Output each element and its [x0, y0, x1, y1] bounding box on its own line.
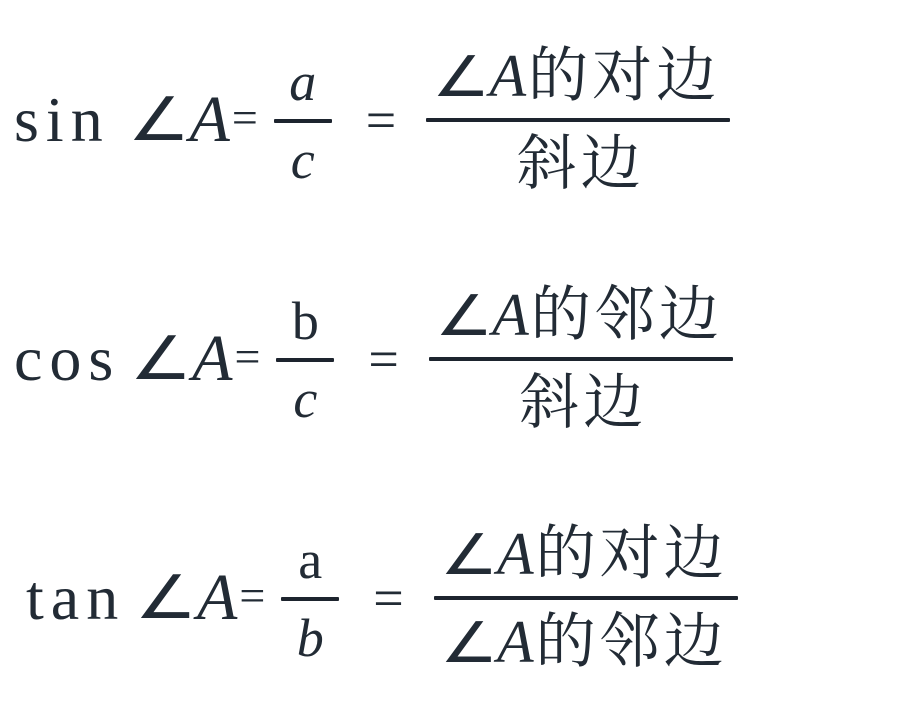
angle-icon: ∠	[440, 528, 498, 584]
formula-row-tan: tan ∠ A = a b = ∠A的对边 ∠A的邻边	[0, 478, 915, 717]
fraction-numerator: b	[282, 288, 329, 358]
side-name-text: 斜边	[519, 373, 647, 433]
side-name-text: 的邻边	[531, 285, 723, 345]
angle-icon: ∠	[435, 289, 493, 345]
side-name-fraction: ∠A的对边 斜边	[426, 42, 730, 198]
fraction-numerator: ∠A的对边	[426, 42, 730, 118]
function-name-cos: cos	[14, 322, 120, 396]
fraction-denominator: c	[281, 123, 325, 191]
fraction-denominator: ∠A的邻边	[434, 600, 738, 676]
fraction-numerator: a	[288, 527, 332, 597]
side-name-fraction: ∠A的邻边 斜边	[429, 281, 733, 437]
side-name-text: 的邻边	[536, 612, 728, 672]
fraction-denominator: 斜边	[502, 122, 655, 198]
side-name-text: 的对边	[528, 46, 720, 106]
equals-sign: =	[368, 328, 398, 390]
side-name-fraction: ∠A的对边 ∠A的邻边	[434, 520, 738, 676]
angle-variable: A	[197, 560, 237, 636]
angle-icon: ∠	[130, 324, 192, 394]
angle-variable: A	[492, 285, 529, 345]
formula-row-cos: cos ∠ A = b c = ∠A的邻边 斜边	[0, 239, 915, 478]
equals-sign: =	[239, 569, 265, 622]
angle-icon: ∠	[440, 616, 498, 672]
letter-ratio-fraction: b c	[276, 288, 334, 430]
angle-icon: ∠	[432, 50, 490, 106]
function-name-sin: sin	[14, 83, 110, 157]
letter-ratio-fraction: a b	[281, 527, 339, 669]
fraction-numerator: ∠A的对边	[434, 520, 738, 596]
equals-sign: =	[366, 89, 396, 151]
angle-icon: ∠	[128, 85, 190, 155]
angle-variable: A	[497, 612, 534, 672]
letter-ratio-fraction: a c	[274, 49, 332, 191]
fraction-denominator: 斜边	[504, 361, 657, 437]
fraction-denominator: c	[283, 362, 327, 430]
angle-icon: ∠	[135, 563, 197, 633]
equals-sign: =	[373, 567, 403, 629]
side-name-text: 斜边	[517, 134, 645, 194]
side-name-text: 的对边	[536, 524, 728, 584]
formula-row-sin: sin ∠ A = a c = ∠A的对边 斜边	[0, 0, 915, 239]
angle-variable: A	[489, 46, 526, 106]
angle-variable: A	[497, 524, 534, 584]
fraction-numerator: a	[279, 49, 326, 119]
fraction-numerator: ∠A的邻边	[429, 281, 733, 357]
angle-variable: A	[189, 82, 229, 158]
equals-sign: =	[234, 330, 260, 383]
function-name-tan: tan	[14, 561, 125, 635]
trig-definitions-sheet: sin ∠ A = a c = ∠A的对边 斜边 cos ∠ A = b c	[0, 0, 915, 717]
fraction-denominator: b	[287, 601, 334, 669]
angle-variable: A	[192, 321, 232, 397]
equals-sign: =	[232, 91, 258, 144]
